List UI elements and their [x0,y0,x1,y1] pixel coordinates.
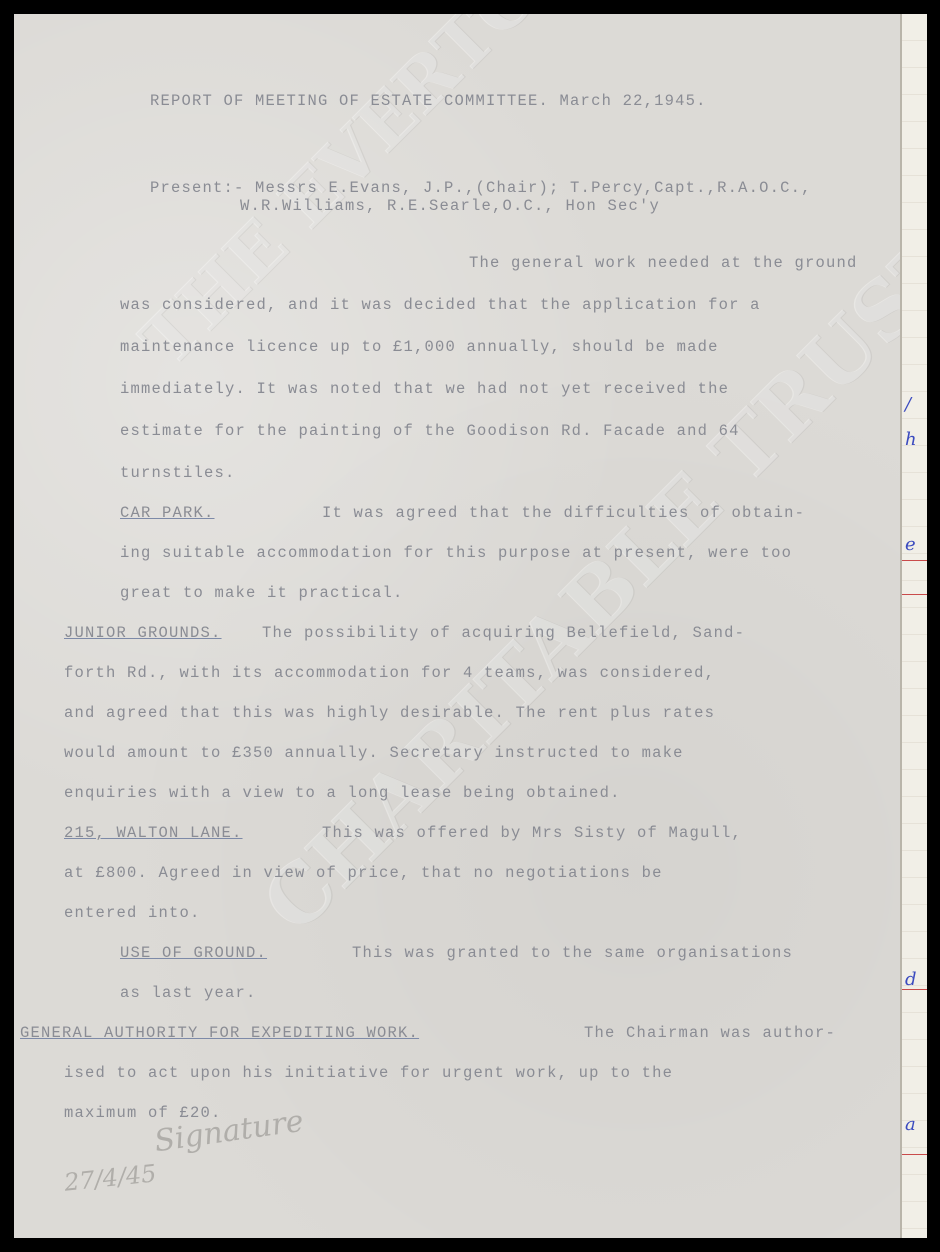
section-heading-walton-lane: 215, WALTON LANE. [64,824,243,842]
margin-line [902,594,927,595]
paragraph-line: The possibility of acquiring Bellefield,… [262,624,745,642]
paragraph-line: and agreed that this was highly desirabl… [64,704,715,722]
paragraph-line: estimate for the painting of the Goodiso… [120,422,740,440]
attendees-line-2: W.R.Williams, R.E.Searle,O.C., Hon Sec'y [240,197,660,215]
paragraph-line: This was offered by Mrs Sisty of Magull, [322,824,742,842]
paragraph-line: forth Rd., with its accommodation for 4 … [64,664,715,682]
paragraph-line: at £800. Agreed in view of price, that n… [64,864,663,882]
paragraph-line: This was granted to the same organisatio… [352,944,793,962]
paragraph-line: enquiries with a view to a long lease be… [64,784,621,802]
section-heading-junior-grounds: JUNIOR GROUNDS. [64,624,222,642]
section-heading-car-park: CAR PARK. [120,504,215,522]
attendees-line-1: Present:- Messrs E.Evans, J.P.,(Chair); … [150,179,812,197]
margin-line [902,560,927,561]
paragraph-line: as last year. [120,984,257,1002]
signature-date: 27/4/45 [63,1159,158,1197]
margin-line [902,1154,927,1155]
handwriting-fragment: / [905,394,911,415]
section-heading-general-authority: GENERAL AUTHORITY FOR EXPEDITING WORK. [20,1024,419,1042]
paragraph-line: ised to act upon his initiative for urge… [64,1064,673,1082]
section-heading-use-of-ground: USE OF GROUND. [120,944,267,962]
paragraph-line: immediately. It was noted that we had no… [120,380,729,398]
handwriting-fragment: a [905,1114,916,1135]
paragraph-line: The Chairman was author- [584,1024,836,1042]
paragraph-line: It was agreed that the difficulties of o… [322,504,805,522]
watermark: THE EVERTON COLLECTION CHARITABLE TRUST [124,264,824,964]
paragraph-line: ing suitable accommodation for this purp… [120,544,792,562]
underlying-ruled-sheet: / h e d a [900,14,927,1238]
handwriting-fragment: d [905,969,917,990]
paragraph-line: maintenance licence up to £1,000 annuall… [120,338,719,356]
document-title: REPORT OF MEETING OF ESTATE COMMITTEE. M… [150,92,707,110]
paragraph-line: entered into. [64,904,201,922]
paragraph-line: The general work needed at the ground [469,254,858,272]
handwriting-fragment: e [905,534,916,555]
handwriting-fragment: h [905,429,917,450]
paragraph-line: was considered, and it was decided that … [120,296,761,314]
paragraph-line: great to make it practical. [120,584,404,602]
paragraph-line: turnstiles. [120,464,236,482]
document-page: THE EVERTON COLLECTION CHARITABLE TRUST … [14,14,900,1238]
paragraph-line: would amount to £350 annually. Secretary… [64,744,684,762]
margin-line [902,989,927,990]
